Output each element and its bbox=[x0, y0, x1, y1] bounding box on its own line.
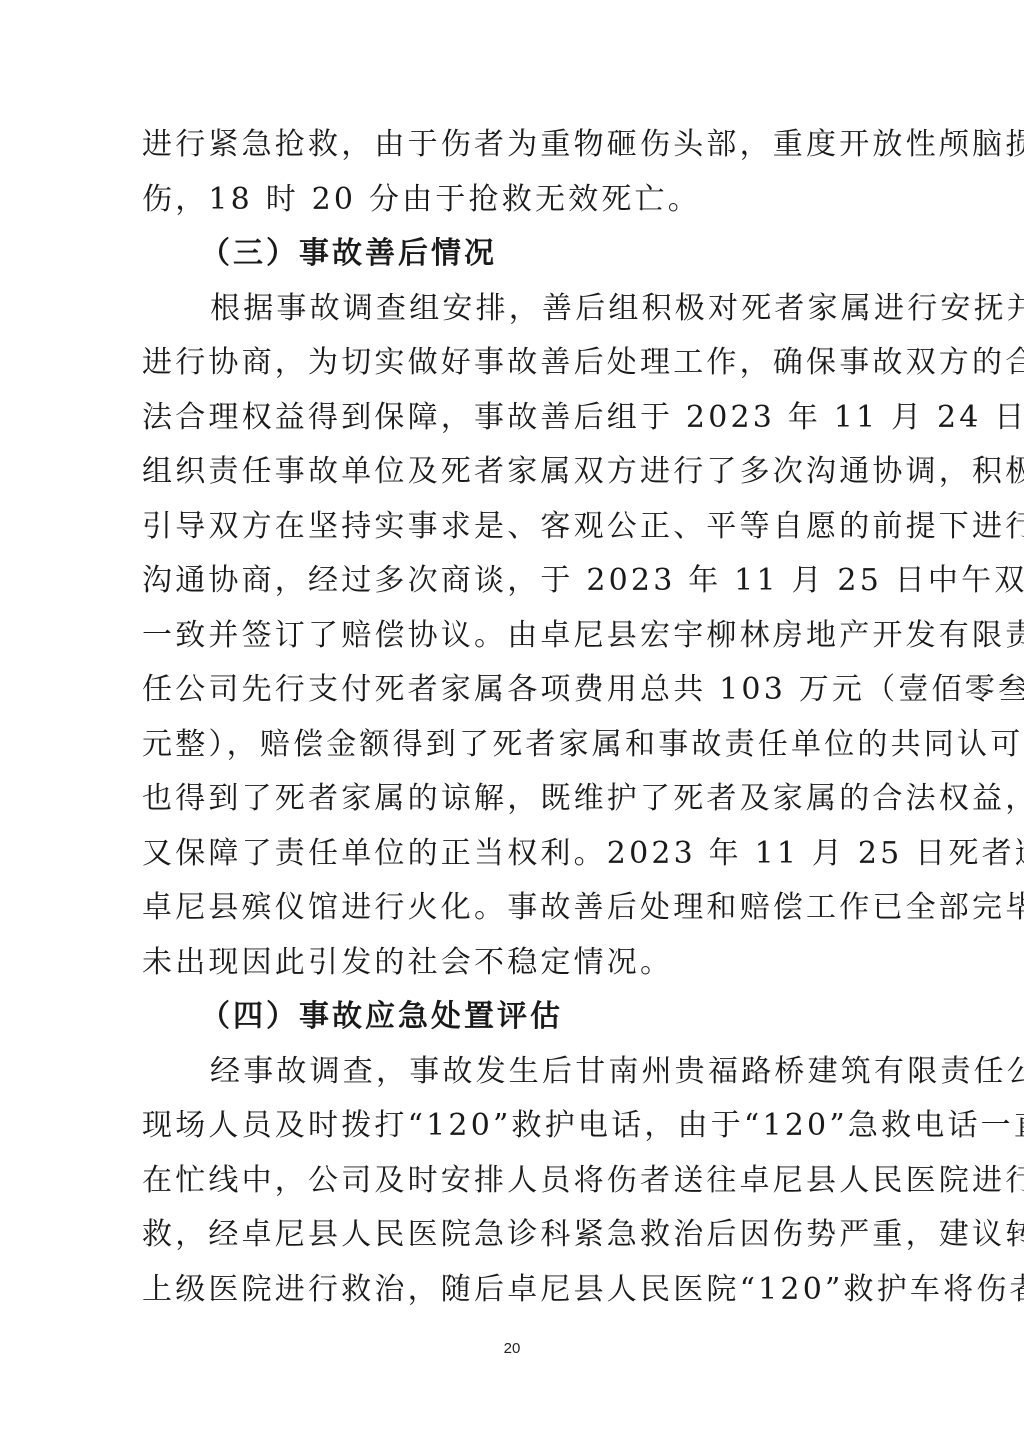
body-text-line: 一致并签订了赔偿协议。由卓尼县宏宇柳林房地产开发有限责 bbox=[142, 609, 894, 664]
body-text-line: 现场人员及时拨打“120”救护电话，由于“120”急救电话一直 bbox=[142, 1099, 894, 1154]
document-page: 进行紧急抢救，由于伤者为重物砸伤头部，重度开放性颅脑损 伤，18 时 20 分由… bbox=[0, 0, 1024, 1448]
section-heading-aftermath: （三）事故善后情况 bbox=[142, 227, 894, 282]
body-text-line: 任公司先行支付死者家属各项费用总共 103 万元（壹佰零叁万 bbox=[142, 663, 894, 718]
section-heading-emergency-response: （四）事故应急处置评估 bbox=[142, 990, 894, 1045]
body-text-line: 元整），赔偿金额得到了死者家属和事故责任单位的共同认可， bbox=[142, 718, 894, 773]
body-text-line: 在忙线中，公司及时安排人员将伤者送往卓尼县人民医院进行抢 bbox=[142, 1154, 894, 1209]
body-text-line: 沟通协商，经过多次商谈，于 2023 年 11 月 25 日中午双方达成 bbox=[142, 554, 894, 609]
body-text-line: 上级医院进行救治，随后卓尼县人民医院“120”救护车将伤者转 bbox=[142, 1263, 894, 1318]
body-text-line: 进行紧急抢救，由于伤者为重物砸伤头部，重度开放性颅脑损 bbox=[142, 118, 894, 173]
body-text-line: 卓尼县殡仪馆进行火化。事故善后处理和赔偿工作已全部完毕， bbox=[142, 881, 894, 936]
body-text-line: 进行协商，为切实做好事故善后处理工作，确保事故双方的合 bbox=[142, 336, 894, 391]
body-text-line: 经事故调查，事故发生后甘南州贵福路桥建筑有限责任公司 bbox=[142, 1045, 894, 1100]
body-text-line: 未出现因此引发的社会不稳定情况。 bbox=[142, 936, 894, 991]
body-text-line: 救，经卓尼县人民医院急诊科紧急救治后因伤势严重，建议转往 bbox=[142, 1208, 894, 1263]
page-number: 20 bbox=[0, 1340, 1024, 1357]
document-body: 进行紧急抢救，由于伤者为重物砸伤头部，重度开放性颅脑损 伤，18 时 20 分由… bbox=[142, 118, 894, 1317]
body-text-line: 根据事故调查组安排，善后组积极对死者家属进行安抚并 bbox=[142, 282, 894, 337]
body-text-line: 又保障了责任单位的正当权利。2023 年 11 月 25 日死者遗体在 bbox=[142, 827, 894, 882]
body-text-line: 法合理权益得到保障，事故善后组于 2023 年 11 月 24 日晚迅速 bbox=[142, 391, 894, 446]
body-text-line: 伤，18 时 20 分由于抢救无效死亡。 bbox=[142, 173, 894, 228]
body-text-line: 组织责任事故单位及死者家属双方进行了多次沟通协调，积极 bbox=[142, 445, 894, 500]
body-text-line: 引导双方在坚持实事求是、客观公正、平等自愿的前提下进行 bbox=[142, 500, 894, 555]
body-text-line: 也得到了死者家属的谅解，既维护了死者及家属的合法权益， bbox=[142, 772, 894, 827]
